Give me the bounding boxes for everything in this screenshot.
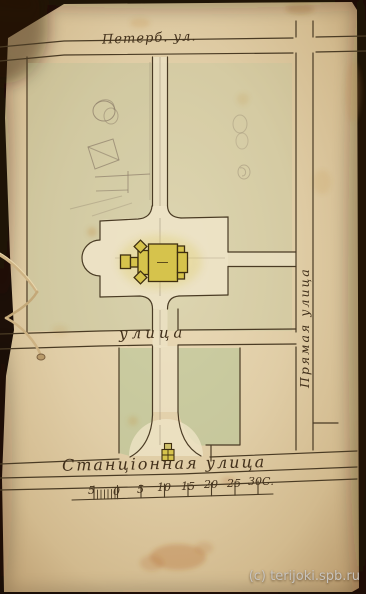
archival-map-photo: Петерб. ул. улица Станціонная улица Прям… [0,0,366,594]
watermark: (c) terijoki.spb.ru [249,569,360,584]
map-drawing [0,0,366,594]
